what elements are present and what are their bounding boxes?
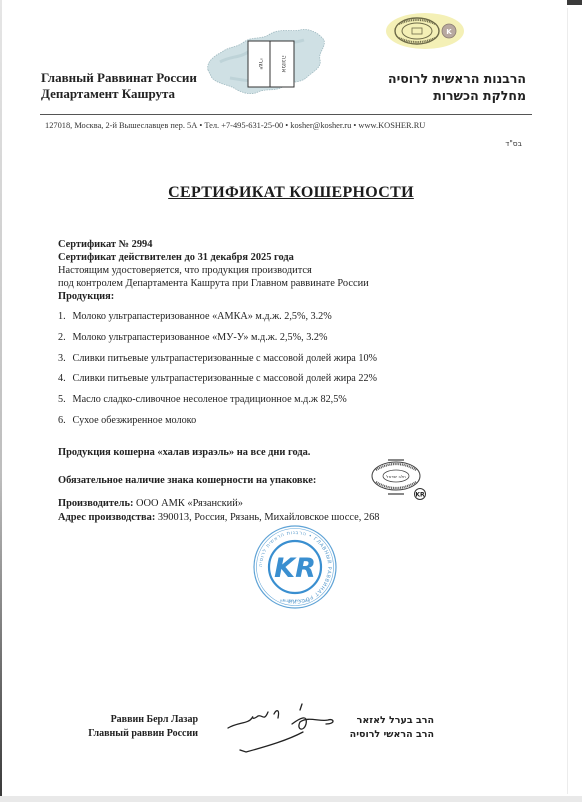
rabbinate-seal-logo-icon: K — [385, 12, 467, 50]
kosher-mark-emblem-icon: חלב ישראל KR — [368, 456, 432, 502]
organization-name-russian: Главный Раввинат России Департамент Кашр… — [41, 70, 197, 102]
russia-map-tablets-logo-icon: ישרי אמונה — [200, 22, 328, 102]
products-list: 1. Молоко ультрапастеризованное «АМКА» м… — [58, 310, 518, 435]
production-address-line: Адрес производства: 390013, Россия, Ряза… — [58, 511, 380, 525]
signatory-name-ru: Раввин Берл Лазар — [68, 713, 198, 727]
production-address-label: Адрес производства: — [58, 512, 155, 523]
signatory-title-he: הרב הראשי לרוסיה — [350, 728, 434, 742]
official-stamp-icon: הרבנות הראשית לרוסיה • ГЛАВНЫЙ РАВВИНАТ … — [252, 524, 338, 610]
org-he-line1: הרבנות הראשית לרוסיה — [388, 70, 526, 87]
svg-text:K: K — [446, 28, 452, 36]
list-item: 6. Сухое обезжиренное молоко — [58, 414, 518, 435]
producer-value: ООО АМК «Рязанский» — [133, 498, 243, 509]
producer-label: Производитель: — [58, 498, 133, 509]
bsd-mark: בס"ד — [505, 139, 522, 148]
svg-text:ישרי: ישרי — [257, 58, 265, 70]
halav-israel-statement: Продукция кошерна «халав израэль» на все… — [58, 447, 310, 458]
producer-line: Производитель: ООО АМК «Рязанский» — [58, 497, 380, 511]
certificate-number: Сертификат № 2994 — [58, 238, 518, 251]
org-ru-line1: Главный Раввинат России — [41, 70, 197, 86]
list-item: 4. Сливки питьевые ультрапастеризованные… — [58, 372, 518, 393]
products-heading: Продукция: — [58, 290, 518, 303]
org-he-line2: מחלקת הכשרות — [388, 87, 526, 104]
svg-text:חלב ישראל: חלב ישראל — [386, 474, 406, 479]
signatory-title-ru: Главный раввин России — [68, 727, 198, 741]
page-bottom-edge — [0, 796, 582, 802]
page-corner-mark — [567, 0, 582, 5]
svg-text:КОШЕР РОССИЯ: КОШЕР РОССИЯ — [280, 599, 311, 603]
list-item: 3. Сливки питьевые ультрапастеризованные… — [58, 352, 518, 373]
signatory-russian: Раввин Берл Лазар Главный раввин России — [68, 713, 198, 740]
page-left-edge — [0, 0, 2, 796]
list-item: 2. Молоко ультрапастеризованное «МУ-У» м… — [58, 331, 518, 352]
header-divider — [40, 114, 532, 115]
statement-line-2: под контролем Департамента Кашрута при Г… — [58, 277, 518, 290]
signatory-hebrew: הרב בערל לאזאר הרב הראשי לרוסיה — [350, 714, 434, 742]
certificate-details: Сертификат № 2994 Сертификат действителе… — [58, 238, 518, 303]
production-address-value: 390013, Россия, Рязань, Михайловское шос… — [155, 512, 379, 523]
org-ru-line2: Департамент Кашрута — [41, 86, 197, 102]
certificate-validity: Сертификат действителен до 31 декабря 20… — [58, 251, 518, 264]
certificate-page: Главный Раввинат России Департамент Кашр… — [0, 0, 582, 796]
contact-address-line: 127018, Москва, 2-й Вышеславцев пер. 5А … — [45, 121, 425, 130]
signatory-name-he: הרב בערל לאזאר — [350, 714, 434, 728]
svg-text:אמונה: אמונה — [280, 55, 288, 72]
svg-text:KR: KR — [415, 492, 425, 499]
handwritten-signature-icon — [208, 700, 358, 760]
producer-info: Производитель: ООО АМК «Рязанский» Адрес… — [58, 497, 380, 524]
list-item: 5. Масло сладко-сливочное несоленое трад… — [58, 393, 518, 414]
kosher-mark-requirement: Обязательное наличие знака кошерности на… — [58, 475, 316, 486]
page-right-margin-line — [567, 8, 568, 794]
statement-line-1: Настоящим удостоверяется, что продукция … — [58, 264, 518, 277]
svg-text:KR: KR — [274, 553, 316, 584]
certificate-title: СЕРТИФИКАТ КОШЕРНОСТИ — [0, 184, 582, 202]
list-item: 1. Молоко ультрапастеризованное «АМКА» м… — [58, 310, 518, 331]
organization-name-hebrew: הרבנות הראשית לרוסיה מחלקת הכשרות — [388, 70, 526, 104]
